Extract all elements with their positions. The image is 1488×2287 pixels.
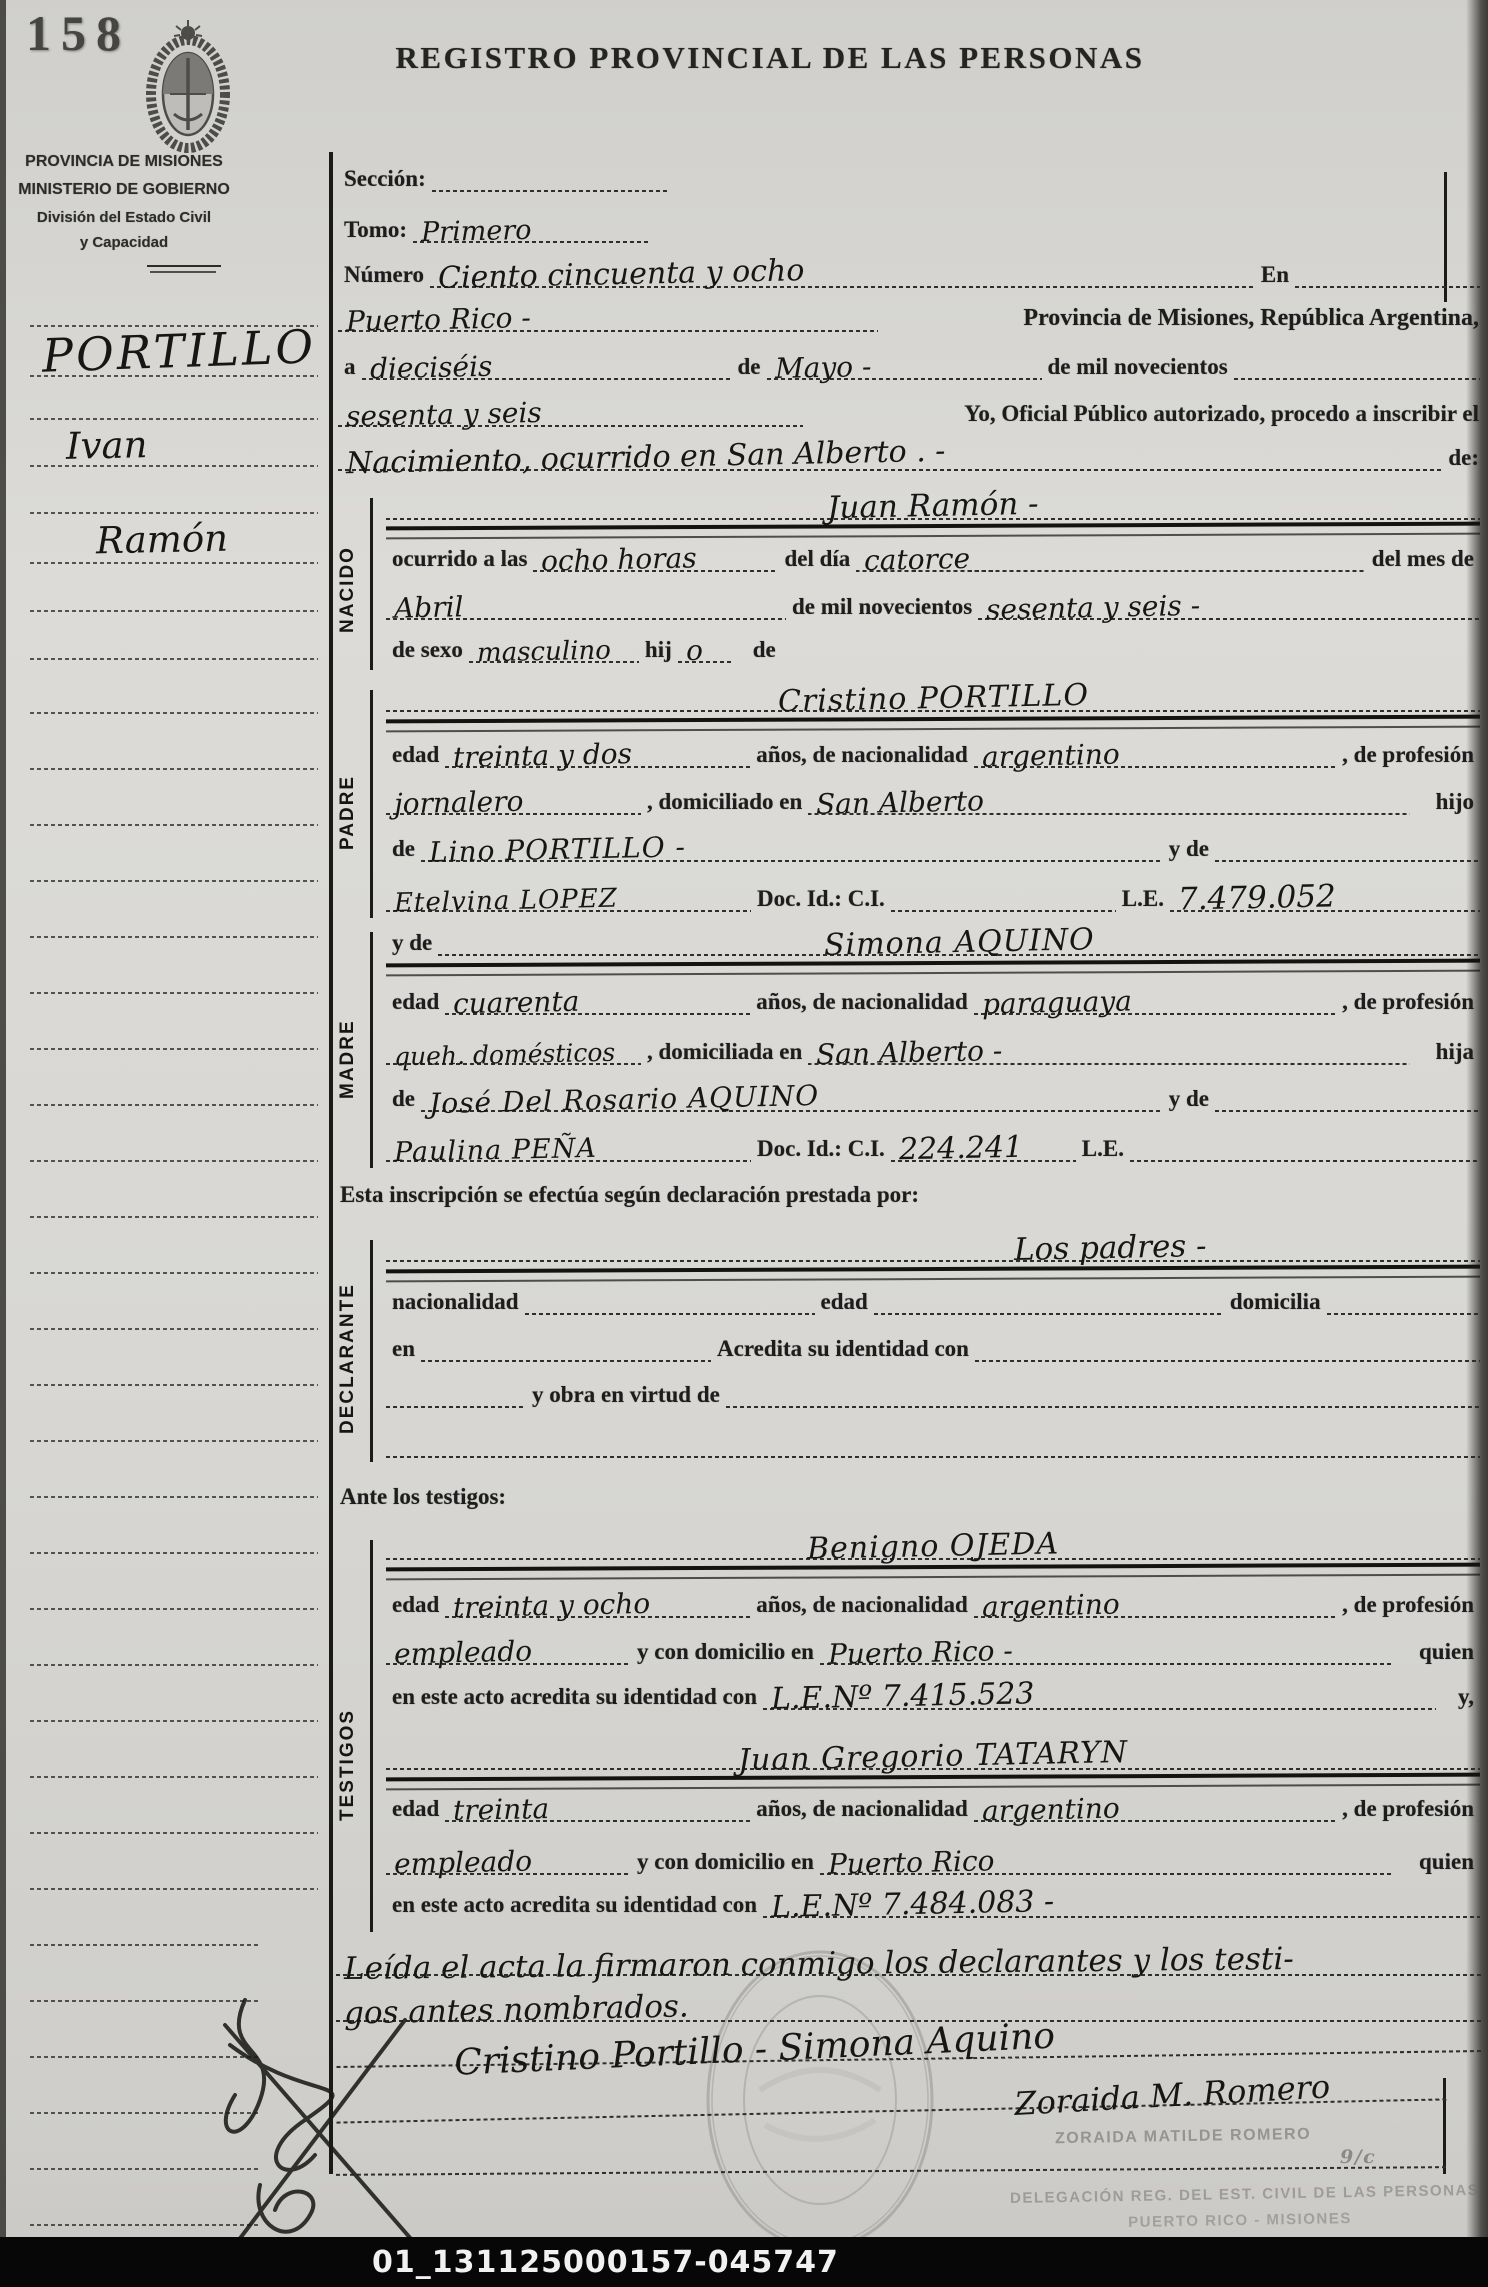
testigo1-edad-row: edad treinta y ocho años, de nacionalida… [386,1580,1480,1618]
padre-edad-row: edad treinta y dos años, de nacionalidad… [386,730,1480,768]
seccion-row: Sección: [338,154,1480,192]
section-label-declarante: DECLARANTE [334,1264,362,1454]
padre-abuela-lead-field [1215,824,1480,862]
madre-edad-label: edad [386,989,445,1015]
scan-footer-id: 01_131125000157-045747 [372,2245,839,2280]
delegacion-stamp-line2: PUERTO RICO - MISIONES [1010,2208,1470,2233]
hora-field: ocho horas [533,534,778,572]
padre-name-row: Cristino PORTILLO [386,674,1480,712]
padre-abuela-value: Etelvina LOPEZ [386,883,626,918]
madre-anios-label: años, de nacionalidad [750,989,974,1015]
sexo-field: masculino [469,625,639,663]
testigo2-prof-field: empleado [386,1837,631,1875]
testigo1-prof-label: , de profesión [1336,1592,1480,1618]
provincia-text: Provincia de Misiones, República Argenti… [1017,305,1485,332]
testigo1-prof-value: empleado [386,1634,541,1670]
declarante-en-label: en [386,1336,421,1362]
dia-value: catorce [856,542,979,578]
padre-dom-label: , domiciliado en [641,789,808,815]
testigo1-dom-row: empleado y con domicilio en Puerto Rico … [386,1627,1480,1665]
testigo2-dom-row: empleado y con domicilio en Puerto Rico … [386,1837,1480,1875]
testigo2-doc-value: L.E.Nº 7.484.083 - [763,1884,1063,1925]
testigo2-dom-value: Puerto Rico [820,1844,1003,1881]
acto-field: Nacimiento, ocurrido en San Alberto . - [338,433,1442,471]
testigo1-name-field: Benigno OJEDA [386,1522,1480,1560]
padre-anios-label: años, de nacionalidad [750,742,974,768]
tomo-field: Primero [413,205,648,243]
section-label-testigos: TESTIGOS [334,1680,362,1850]
testigo1-quien-label: quien [1413,1639,1480,1665]
testigo2-name-field: Juan Gregorio TATARYN [386,1732,1480,1770]
padre-abuelo-value: Lino PORTILLO - [421,830,695,869]
testigo1-dom-field: Puerto Rico - [820,1627,1393,1665]
firma-oficial-signature: Zoraida M. Romero [1005,2067,1339,2123]
dia-field: catorce [856,534,1366,572]
testigo1-edad-value: treinta y ocho [445,1587,659,1624]
month-field: Mayo - [767,342,1042,380]
hora-value: ocho horas [533,541,705,578]
declarante-acredita-label: Acredita su identidad con [711,1336,975,1362]
de-label-1: de [732,354,767,380]
del-dia-label: del día [778,546,856,572]
tomo-value: Primero [413,215,540,249]
declarado-por-value: Los padres - [1006,1228,1215,1268]
cierre-linea1-text: Leída el acta la firmaron conmigo los de… [336,1941,1302,1987]
padre-abuelo-field: Lino PORTILLO - [421,824,1163,862]
madre-le-field [1130,1124,1480,1162]
madre-dom-value: San Alberto - [808,1034,1011,1071]
padre-section-line [370,690,373,918]
cierre-linea1-field: Leída el acta la firmaron conmigo los de… [336,1938,1482,1976]
padre-nac-field: argentino [974,730,1336,768]
madre-doc-label: Doc. Id.: C.I. [751,1136,891,1162]
testigo1-y-label: y, [1452,1684,1480,1710]
declaracion-intro-row: Esta inscripción se efectúa según declar… [334,1176,1434,1208]
testigo1-prof-field: empleado [386,1627,631,1665]
testigo2-edad-row: edad treinta años, de nacionalidad argen… [386,1784,1480,1822]
padre-y-de-label: y de [1163,836,1215,862]
madre-de-label: de [386,1086,421,1112]
madre-abuela-value: Paulina PEÑA [386,1133,605,1169]
madre-abuela-lead-field [1215,1074,1480,1112]
index-given-name-2: Ramón [88,516,237,562]
day-field: dieciséis [362,342,732,380]
index-given-name-1: Ivan [58,423,156,468]
declarante-obra-lead-field [386,1370,526,1408]
testigo2-acred-label: en este acto acredita su identidad con [386,1892,763,1918]
ante-testigos-text: Ante los testigos: [334,1484,512,1510]
madre-edad-field: cuarenta [445,977,750,1015]
tomo-label: Tomo: [338,217,413,243]
declarante-blank-line [386,1456,1480,1458]
padre-abuelo-row: de Lino PORTILLO - y de [386,824,1480,862]
testigo2-edad-field: treinta [445,1784,750,1822]
hijo-suffix-value: o [677,634,711,668]
padre-name-value: Cristino PORTILLO [769,678,1097,720]
madre-name-field: Simona AQUINO [438,918,1480,956]
numero-field: Ciento cincuenta y ocho [430,250,1255,288]
scan-left-edge [0,0,6,2287]
padre-abuela-field: Etelvina LOPEZ [386,874,751,912]
declarante-obra-field [726,1370,1480,1408]
padre-doc-row: Etelvina LOPEZ Doc. Id.: C.I. L.E. 7.479… [386,874,1480,912]
acto-value: Nacimiento, ocurrido en San Alberto . - [338,434,954,482]
madre-name-row: y de Simona AQUINO [386,918,1480,956]
padre-prof-value: jornalero [386,784,532,820]
madre-abuelo-value: José Del Rosario AQUINO [421,1079,828,1120]
de-sexo-label: de sexo [386,637,469,663]
place-row: Puerto Rico - Provincia de Misiones, Rep… [338,294,1485,332]
padre-de-label: de [386,836,421,862]
declarante-nacionalidad-label: nacionalidad [386,1289,525,1315]
madre-hija-label: hija [1430,1039,1480,1065]
numero-row: Número Ciento cincuenta y ocho En [338,250,1480,288]
testigo2-doc-field: L.E.Nº 7.484.083 - [763,1880,1480,1918]
year-row: sesenta y seis Yo, Oficial Público autor… [338,389,1485,427]
en-field [1295,250,1480,288]
delegacion-stamp-line1: DELEGACIÓN REG. DEL EST. CIVIL DE LAS PE… [1010,2182,1470,2207]
madre-nac-value: paraguaya [974,984,1141,1020]
year-value: sesenta y seis [338,396,550,433]
madre-prof-field: queh. domésticos [386,1027,641,1065]
testigo2-doc-row: en este acto acredita su identidad con L… [386,1880,1480,1918]
madre-abuelo-row: de José Del Rosario AQUINO y de [386,1074,1480,1112]
testigo1-doc-value: L.E.Nº 7.415.523 [763,1676,1043,1717]
testigo2-quien-label: quien [1413,1849,1480,1875]
section-label-madre: MADRE [334,1004,362,1114]
testigos-section-line [370,1540,373,1932]
ocurrido-label: ocurrido a las [386,546,533,572]
padre-prof-row: jornalero , domiciliado en San Alberto h… [386,777,1480,815]
nacido-sexo-row: de sexo masculino hij o de [386,625,946,663]
mes-field: Abril [386,582,786,620]
madre-edad-row: edad cuarenta años, de nacionalidad para… [386,977,1480,1015]
madre-nac-field: paraguaya [974,977,1336,1015]
padre-edad-label: edad [386,742,445,768]
numero-value: Ciento cincuenta y ocho [430,253,813,296]
de-mil-label: de mil novecientos [1042,354,1234,380]
declarado-por-field: Los padres - [386,1224,1480,1262]
declarante-edad-field [874,1277,1224,1315]
testigo2-anios-label: años, de nacionalidad [750,1796,974,1822]
testigo1-doc-field: L.E.Nº 7.415.523 [763,1672,1436,1710]
testigo1-edad-label: edad [386,1592,445,1618]
nacido-hora-row: ocurrido a las ocho horas del día catorc… [386,534,1480,572]
declaracion-intro-text: Esta inscripción se efectúa según declar… [334,1182,925,1208]
testigo2-nac-value: argentino [974,1791,1128,1827]
testigo1-anios-label: años, de nacionalidad [750,1592,974,1618]
page-title: REGISTRO PROVINCIAL DE LAS PERSONAS [320,40,1220,76]
padre-le-field: 7.479.052 [1170,874,1480,912]
declarante-edad-label: edad [815,1289,874,1315]
padre-ci-field [891,874,1116,912]
oficial-name-stamp: ZORAIDA MATILDE ROMERO [1055,2126,1311,2148]
testigo2-name-value: Juan Gregorio TATARYN [730,1735,1137,1778]
padre-hijo-label: hijo [1430,789,1480,815]
cierre-linea1-row: Leída el acta la firmaron conmigo los de… [336,1938,1482,1976]
madre-section-line [370,932,373,1168]
seccion-field [432,154,667,192]
anio-field: sesenta y seis - [978,582,1480,620]
padre-nac-value: argentino [974,737,1128,773]
padre-edad-field: treinta y dos [445,730,750,768]
sexo-value: masculino [469,635,619,668]
madre-le-label: L.E. [1076,1136,1130,1162]
anio-value: sesenta y seis - [978,589,1209,627]
madre-dom-field: San Alberto - [808,1027,1409,1065]
ante-testigos-row: Ante los testigos: [334,1478,934,1510]
testigo2-prof-value: empleado [386,1844,541,1880]
madre-ci-value: 224.241 [890,1130,1031,1168]
scan-footer-bar: 01_131125000157-045747 [0,2237,1488,2287]
madre-ci-field: 224.241 [891,1124,1076,1162]
hij-label: hij [639,637,678,663]
hijo-suffix-field: o [678,625,733,663]
acto-row: Nacimiento, ocurrido en San Alberto . - … [338,433,1485,471]
testigo2-dom-field: Puerto Rico [820,1837,1393,1875]
padre-name-field: Cristino PORTILLO [386,674,1480,712]
padre-prof-label: , de profesión [1336,742,1480,768]
padre-le-label: L.E. [1116,886,1170,912]
oficial-text: Yo, Oficial Público autorizado, procedo … [958,401,1485,427]
padre-doc-label: Doc. Id.: C.I. [751,886,891,912]
testigo1-nac-value: argentino [974,1587,1128,1623]
madre-name-value: Simona AQUINO [815,922,1102,963]
declarante-en-field [421,1324,711,1362]
year-field-lead [1234,342,1480,380]
madre-prof-row: queh. domésticos , domiciliada en San Al… [386,1027,1480,1065]
date-row: a dieciséis de Mayo - de mil novecientos [338,342,1480,380]
numero-label: Número [338,262,430,288]
testigo2-edad-label: edad [386,1796,445,1822]
padre-prof-field: jornalero [386,777,641,815]
del-mes-label: del mes de [1366,546,1480,572]
madre-prof-value: queh. domésticos [386,1038,624,1072]
flourish-signature-scribble [190,1985,470,2275]
padre-le-value: 7.479.052 [1170,878,1344,918]
declarante-domicilia-field [1327,1277,1480,1315]
section-label-padre: PADRE [334,757,362,867]
declarante-acredita-field [975,1324,1480,1362]
seccion-label: Sección: [338,166,432,192]
declarante-obra-row: y obra en virtud de [386,1370,1480,1408]
en-label: En [1255,262,1295,288]
declarante-identidad-row: en Acredita su identidad con [386,1324,1480,1362]
testigo2-edad-value: treinta [445,1792,558,1827]
nacido-mes-row: Abril de mil novecientos sesenta y seis … [386,582,1480,620]
a-label: a [338,354,362,380]
madre-dom-label: , domiciliada en [641,1039,808,1065]
madre-edad-value: cuarenta [445,985,588,1021]
place-value: Puerto Rico - [338,301,539,338]
testigo1-name-row: Benigno OJEDA [386,1522,1480,1560]
testigo2-dom-label: y con domicilio en [631,1849,820,1875]
declarante-nacionalidad-field [525,1277,815,1315]
section-label-nacido: NACIDO [334,520,362,660]
madre-prof-label: , de profesión [1336,989,1480,1015]
testigo2-nac-field: argentino [974,1784,1336,1822]
tomo-row: Tomo: Primero [338,205,1480,243]
place-field: Puerto Rico - [338,294,878,332]
declarante-section-line [370,1240,373,1462]
padre-edad-value: treinta y dos [445,737,641,774]
nacido-name-row: Juan Ramón - [386,482,1480,520]
testigo1-dom-label: y con domicilio en [631,1639,820,1665]
index-surname: PORTILLO [33,319,325,383]
nacido-de-label: de [747,637,782,663]
testigo1-nac-field: argentino [974,1580,1336,1618]
declarante-domicilia-label: domicilia [1224,1289,1327,1315]
nacido-section-line [370,498,373,670]
oficial-stamp-extra: 9/c [1340,2146,1376,2168]
madre-double-rule [386,959,1480,977]
day-value: dieciséis [361,350,500,386]
testigo1-name-value: Benigno OJEDA [799,1526,1068,1567]
testigo1-doc-row: en este acto acredita su identidad con L… [386,1672,1480,1710]
testigo1-acred-label: en este acto acredita su identidad con [386,1684,763,1710]
mes-value: Abril [386,590,472,625]
madre-abuelo-field: José Del Rosario AQUINO [421,1074,1163,1112]
nacido-name-value: Juan Ramón - [819,486,1047,527]
padre-dom-field: San Alberto [808,777,1409,815]
madre-y-de-2-label: y de [1163,1086,1215,1112]
declarante-obra-label: y obra en virtud de [526,1382,726,1408]
madre-doc-row: Paulina PEÑA Doc. Id.: C.I. 224.241 L.E. [386,1124,1480,1162]
padre-dom-value: San Alberto [808,784,993,821]
madre-abuela-field: Paulina PEÑA [386,1124,751,1162]
testigo2-prof-label: , de profesión [1336,1796,1480,1822]
month-value: Mayo - [766,350,879,385]
scanned-birth-record: 158 REGISTRO PROVINCIAL DE LAS PERSONAS … [0,0,1488,2287]
de-colon-label: de: [1442,445,1485,471]
madre-y-de-label: y de [386,930,438,956]
testigo1-edad-field: treinta y ocho [445,1580,750,1618]
testigo1-double-rule [386,1563,1480,1581]
testigo1-dom-value: Puerto Rico - [820,1634,1021,1671]
declarante-datos-row: nacionalidad edad domicilia [386,1277,1480,1315]
testigo2-name-row: Juan Gregorio TATARYN [386,1732,1480,1770]
declarado-por-row: Los padres - [386,1224,1480,1262]
nacido-de-mil-label: de mil novecientos [786,594,978,620]
nacido-name-field: Juan Ramón - [386,482,1480,520]
form-left-border [329,152,333,2174]
year-field: sesenta y seis [338,389,803,427]
